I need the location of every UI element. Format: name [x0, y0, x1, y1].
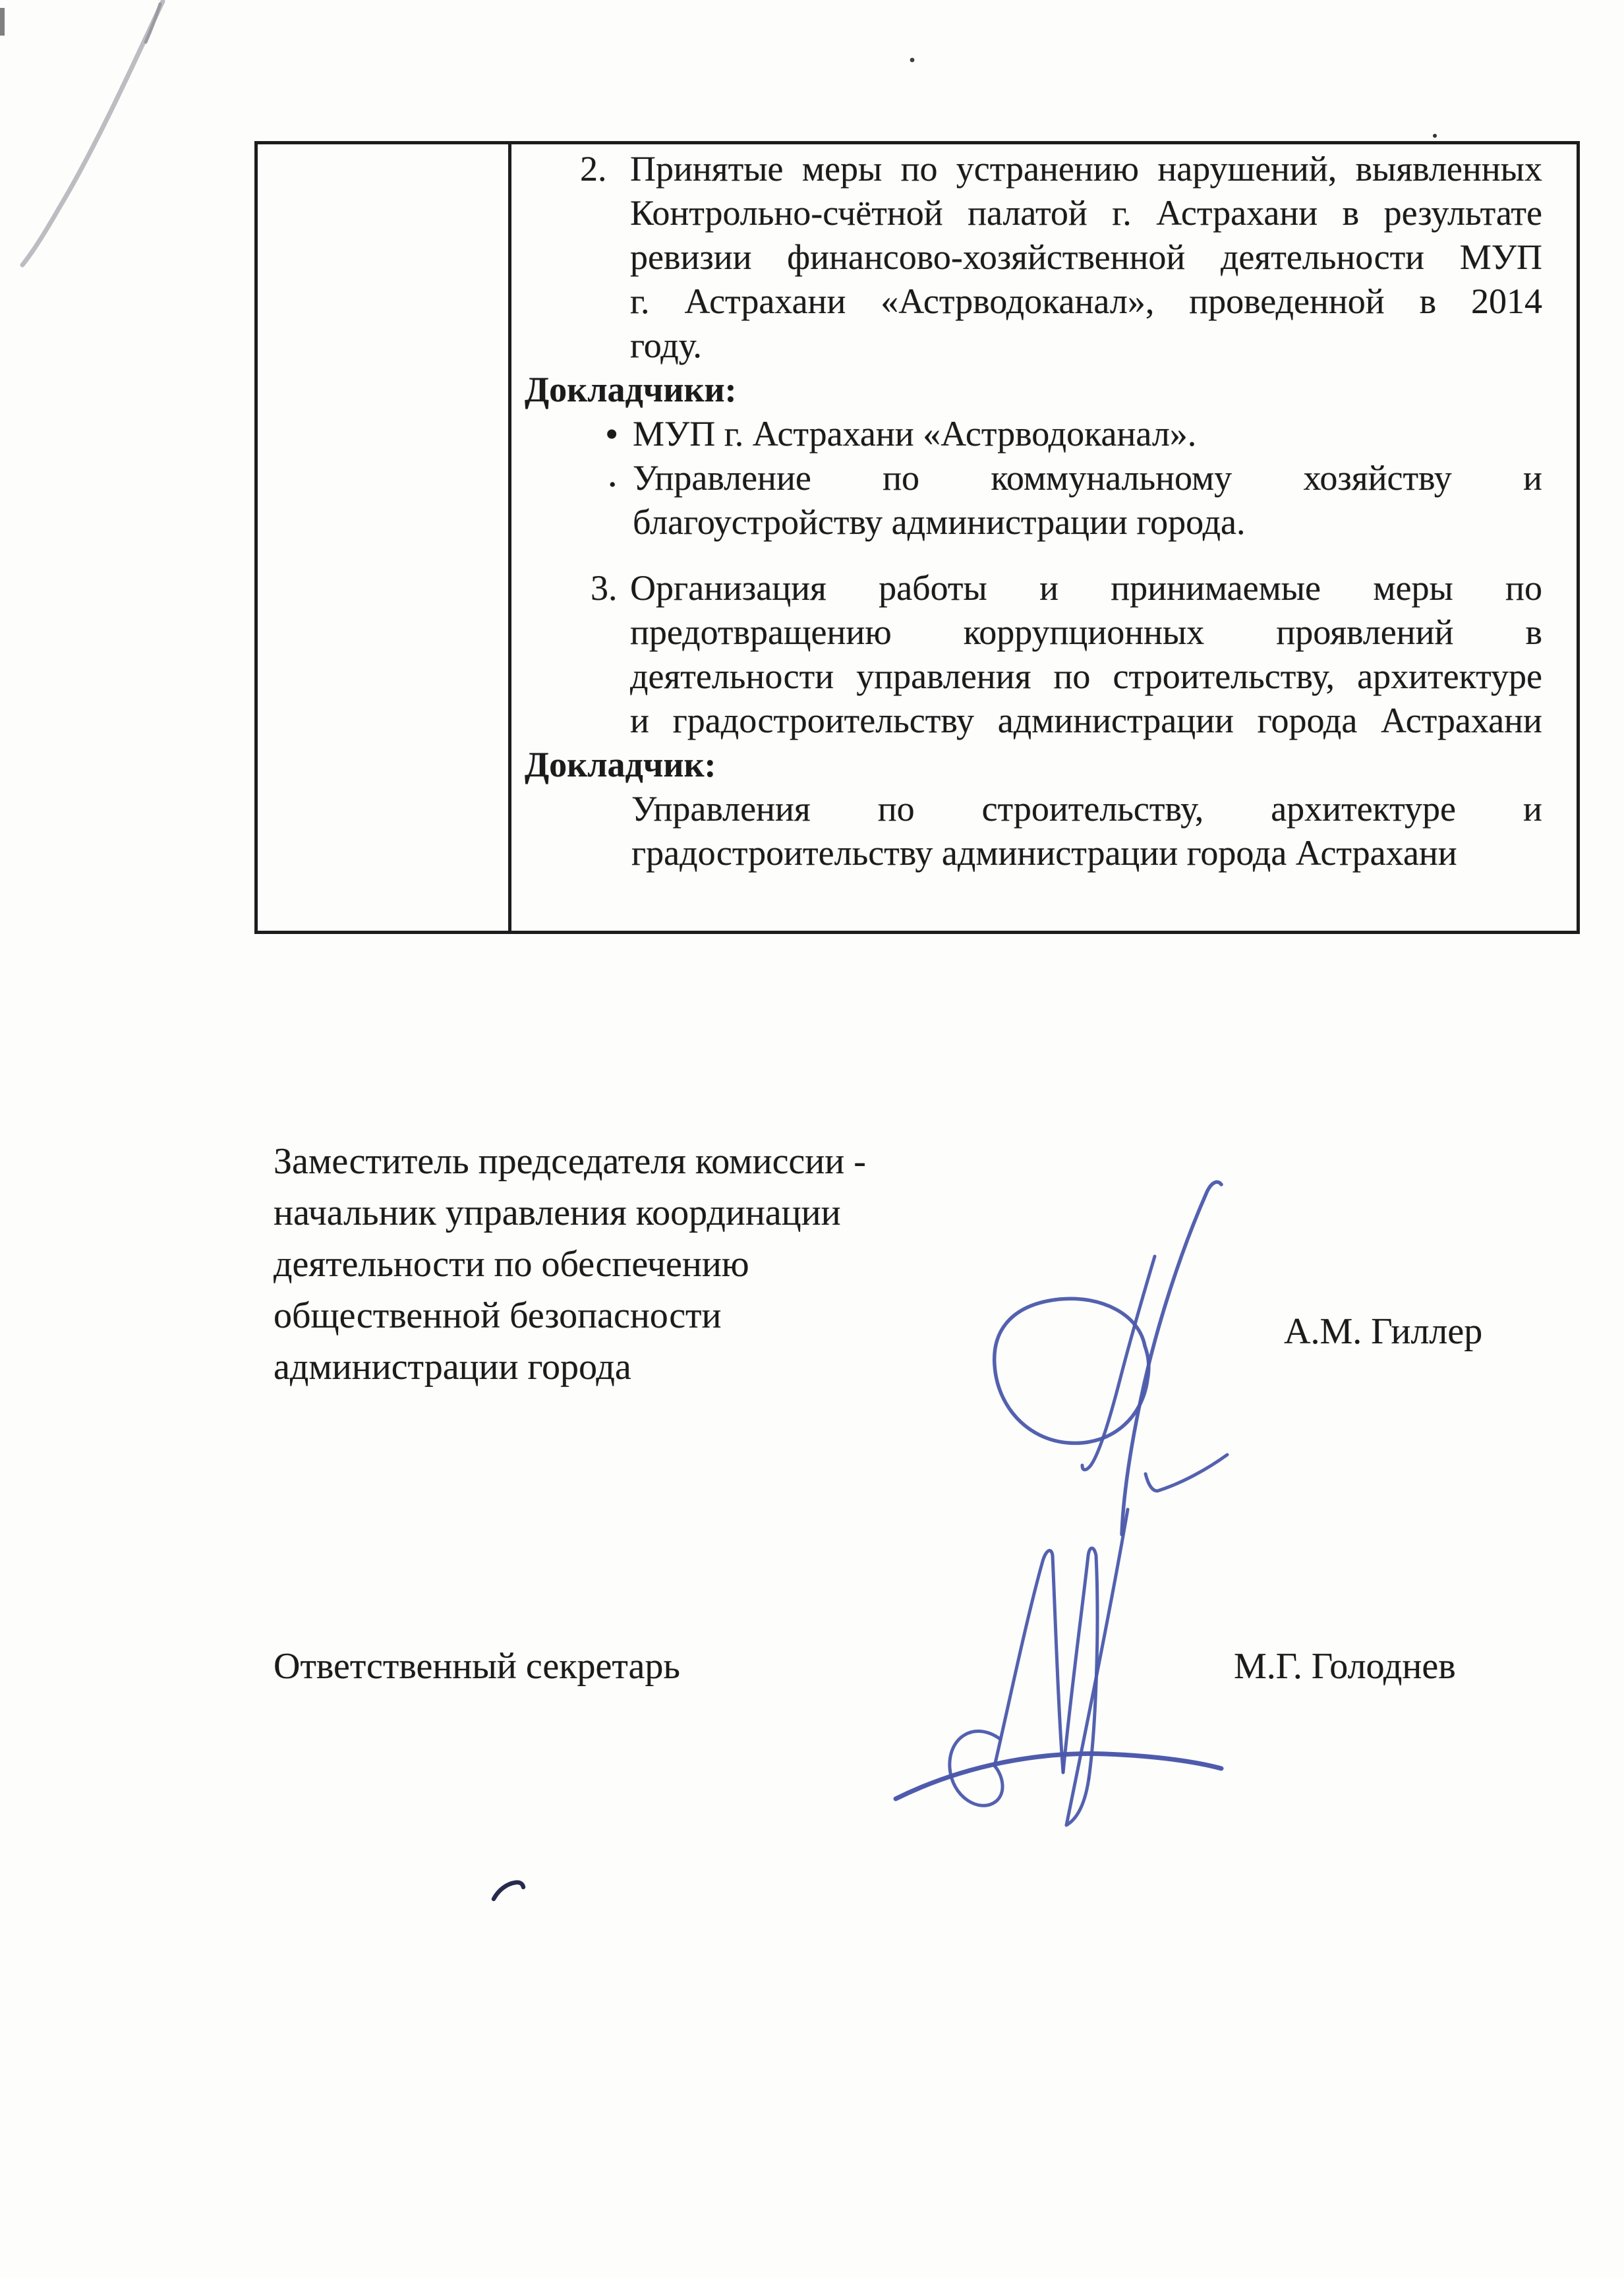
agenda-item-2-line: году. — [511, 324, 1542, 368]
agenda-text: деятельностиуправленияпостроительству,ар… — [630, 655, 1542, 699]
agenda-text: году. — [630, 326, 702, 365]
speaker-text: Управлениепокоммунальномухозяйствуи — [633, 456, 1542, 500]
agenda-item-3-line: деятельностиуправленияпостроительству,ар… — [511, 655, 1542, 699]
speaker-list-item: благоустройству администрации города. — [511, 500, 1542, 544]
speaker-heading: Докладчик: — [511, 743, 1542, 787]
title-line: Заместитель председателя комиссии - — [274, 1136, 866, 1187]
agenda-item-2-line: ревизиифинансово-хозяйственнойдеятельнос… — [511, 235, 1542, 279]
agenda-table: 2. Принятыемерыпоустранениюнарушений,выя… — [254, 141, 1580, 934]
speaker-text: МУП г. Астрахани «Астрводоканал». — [633, 414, 1196, 453]
agenda-item-3-number: 3. — [591, 566, 618, 610]
pen-mark-artifact — [494, 1883, 523, 1899]
agenda-item-2-line: Контрольно-счётнойпалатойг.Астраханиврез… — [511, 191, 1542, 235]
agenda-item-3-line: предотвращениюкоррупционныхпроявленийв — [511, 610, 1542, 655]
scan-edge-mark — [0, 8, 5, 36]
agenda-table-left-column — [258, 144, 511, 931]
title-line: общественной безопасности — [274, 1290, 866, 1341]
signature-giller-ink — [995, 1182, 1227, 1534]
agenda-item-3-line: 3. Организацияработыипринимаемыемерыпо — [511, 566, 1542, 610]
speaker-text: градостроительству администрации города … — [631, 833, 1457, 873]
speaker-text: благоустройству администрации города. — [633, 502, 1246, 542]
agenda-text: иградостроительствуадминистрациигородаАс… — [630, 699, 1542, 743]
title-line: деятельности по обеспечению — [274, 1239, 866, 1290]
speaker-list-item: • МУП г. Астрахани «Астрводоканал». — [511, 412, 1542, 456]
secretary-name: М.Г. Голоднев — [1234, 1641, 1456, 1692]
agenda-item-2-number: 2. — [580, 147, 607, 191]
agenda-text: г.Астрахани«Астрводоканал»,проведеннойв2… — [630, 279, 1542, 324]
agenda-text: Принятыемерыпоустранениюнарушений,выявле… — [630, 147, 1542, 191]
scanned-document-page: 2. Принятыемерыпоустранениюнарушений,выя… — [0, 0, 1624, 2278]
bullet-icon: • — [605, 412, 618, 456]
agenda-text: ревизиифинансово-хозяйственнойдеятельнос… — [630, 235, 1542, 279]
speaker-list-item: • Управлениепокоммунальномухозяйствуи — [511, 456, 1542, 500]
secretary-title: Ответственный секретарь — [274, 1641, 680, 1692]
agenda-text: Организацияработыипринимаемыемерыпо — [630, 566, 1542, 610]
speakers-heading: Докладчики: — [511, 368, 1542, 412]
title-line: начальник управления координации — [274, 1187, 866, 1239]
deputy-chair-name: А.М. Гиллер — [1284, 1306, 1482, 1357]
title-line: администрации города — [274, 1341, 866, 1393]
agenda-table-content-column: 2. Принятыемерыпоустранениюнарушений,выя… — [511, 144, 1577, 931]
signature-golodnev-ink — [896, 1509, 1221, 1825]
speaker-3-line: градостроительству администрации города … — [511, 831, 1542, 875]
agenda-item-3-line: иградостроительствуадминистрациигородаАс… — [511, 699, 1542, 743]
scan-speck-dots — [910, 58, 1437, 138]
speaker-3-line: Управленияпостроительству,архитектуреи — [511, 787, 1542, 831]
agenda-text: предотвращениюкоррупционныхпроявленийв — [630, 610, 1542, 655]
speaker-heading-text: Докладчик: — [525, 745, 716, 784]
scanner-artifact-line — [0, 1, 163, 265]
agenda-item-2-line: 2. Принятыемерыпоустранениюнарушений,выя… — [511, 147, 1542, 191]
speakers-heading-text: Докладчики: — [525, 370, 737, 409]
agenda-item-2-line: г.Астрахани«Астрводоканал»,проведеннойв2… — [511, 279, 1542, 324]
speaker-text: Управленияпостроительству,архитектуреи — [631, 787, 1542, 831]
agenda-text: Контрольно-счётнойпалатойг.Астраханиврез… — [630, 191, 1542, 235]
deputy-chair-title-block: Заместитель председателя комиссии - нача… — [274, 1136, 866, 1393]
